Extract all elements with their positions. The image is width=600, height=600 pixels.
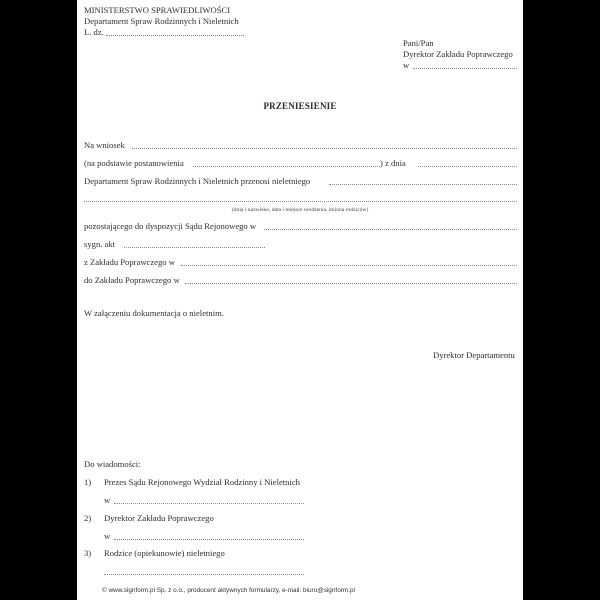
decision-date-field[interactable]	[418, 166, 517, 167]
distribution-item-3-label: Rodzice (opiekunowie) nieletniego	[104, 548, 225, 558]
addressee-location-label: w	[403, 60, 409, 70]
department-name: Departament Spraw Rodzinnych i Nieletnic…	[84, 16, 239, 26]
request-label: Na wniosek	[84, 140, 125, 150]
distribution-item-2-location-field[interactable]	[114, 539, 304, 540]
case-number-label: sygn. akt	[84, 239, 115, 249]
from-facility-label: z Zakładu Poprawczego w	[84, 257, 175, 267]
distribution-item-2-label: Dyrektor Zakładu Poprawczego	[104, 513, 214, 523]
distribution-item-2-location-label: w	[104, 531, 110, 541]
distribution-item-3-number: 3)	[84, 548, 91, 558]
distribution-item-2-number: 2)	[84, 513, 91, 523]
minor-field[interactable]	[329, 184, 517, 185]
to-facility-label: do Zakładu Poprawczego w	[84, 275, 180, 285]
distribution-item-1-location-label: w	[104, 495, 110, 505]
addressee-title: Dyrektor Zakładu Poprawczego	[403, 49, 513, 59]
to-facility-field[interactable]	[185, 283, 517, 284]
decision-label: (na podstawie postanowienia	[84, 158, 184, 168]
request-field[interactable]	[132, 148, 517, 149]
distribution-heading: Do wiadomości:	[84, 459, 141, 469]
document-title: PRZENIESIENIE	[77, 101, 523, 111]
court-label: pozostającego do dyspozycji Sądu Rejonow…	[84, 221, 256, 231]
footer-copyright: © www.signform.pl Sp. z o.o., producent …	[102, 587, 355, 594]
ref-number-field[interactable]	[106, 35, 244, 36]
signature-label: Dyrektor Departamentu	[433, 350, 515, 360]
minor-field-line-2[interactable]	[84, 201, 517, 202]
addressee-salutation: Pani/Pan	[403, 38, 434, 48]
court-field[interactable]	[264, 229, 517, 230]
from-facility-field[interactable]	[181, 265, 517, 266]
addressee-location-field[interactable]	[413, 68, 517, 69]
document-page: MINISTERSTWO SPRAWIEDLIWOŚCI Departament…	[77, 0, 523, 600]
distribution-item-1-number: 1)	[84, 477, 91, 487]
attachment-note: W załączeniu dokumentacja o nieletnim.	[84, 308, 224, 318]
minor-field-hint: (imię i nazwisko, data i miejsce urodzen…	[77, 205, 523, 215]
ref-label: L. dz.	[84, 27, 104, 37]
distribution-item-3-field[interactable]	[104, 574, 304, 575]
distribution-item-1-location-field[interactable]	[114, 503, 304, 504]
ministry-name: MINISTERSTWO SPRAWIEDLIWOŚCI	[84, 5, 230, 15]
transfer-label: Departament Spraw Rodzinnych i Nieletnic…	[84, 176, 310, 186]
case-number-field[interactable]	[124, 247, 265, 248]
decision-date-label: ) z dnia	[380, 158, 406, 168]
distribution-item-1-label: Prezes Sądu Rejonowego Wydział Rodzinny …	[104, 477, 300, 487]
decision-field[interactable]	[193, 166, 380, 167]
